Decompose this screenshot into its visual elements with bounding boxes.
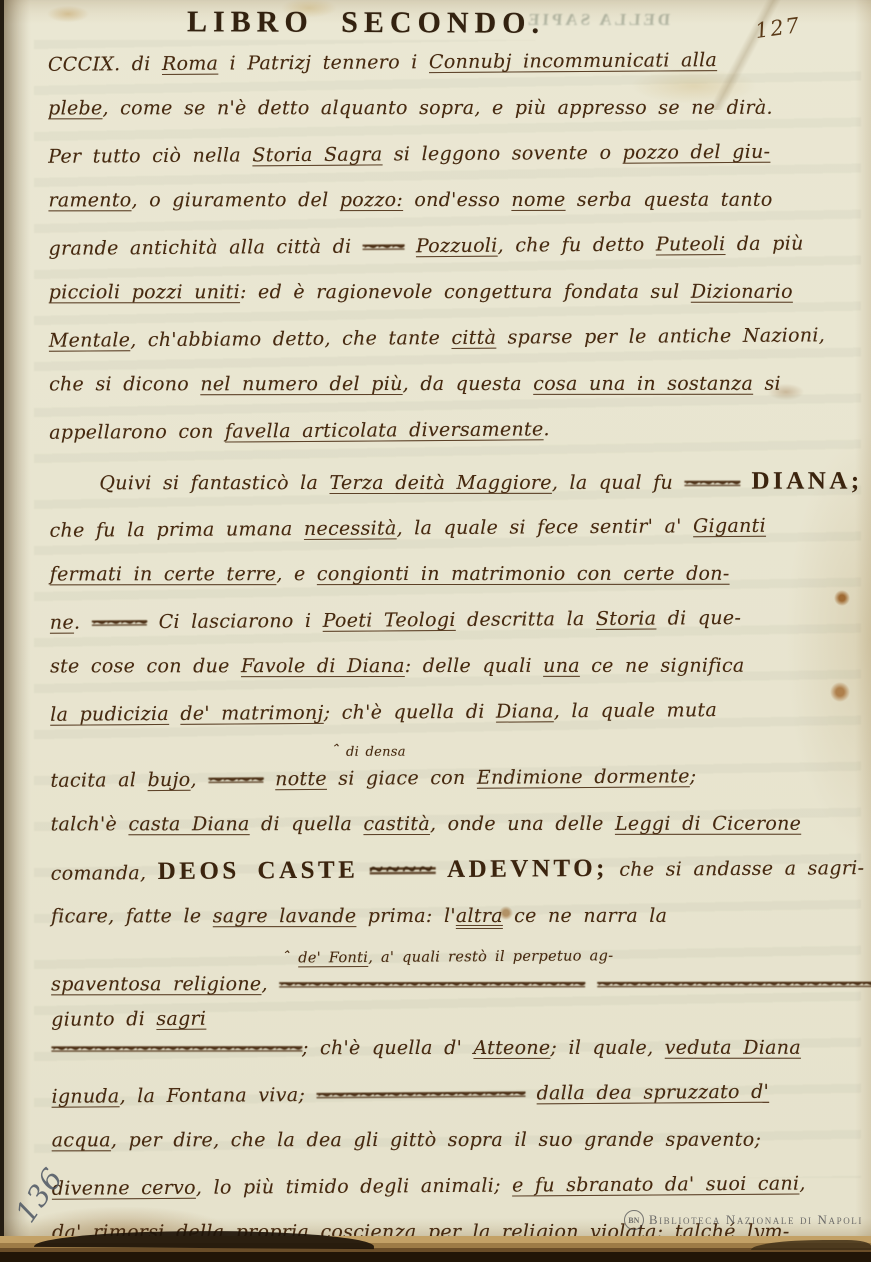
text-segment: di que-	[656, 607, 741, 630]
line-22: giunto di sagri	[51, 1005, 842, 1035]
text-segment: Puteoli	[656, 233, 726, 255]
manuscript-page: DELLA SAPIE LIBRO SECONDO. 127 CCCIX. di…	[4, 0, 871, 1238]
text-segment: descritta la	[456, 608, 596, 631]
text-segment: , ch'abbiamo detto, che tante	[130, 327, 451, 351]
text-segment	[264, 768, 275, 790]
line-10: Quivi si fantasticò la Terza deità Maggi…	[99, 466, 840, 513]
text-segment: da più	[725, 232, 803, 255]
line-18: comanda, DEOS CASTE ~~~~ ADEVNTO; che si…	[51, 851, 842, 903]
text-segment: ignuda	[51, 1085, 119, 1107]
text-segment: fermati in certe terre	[50, 563, 277, 585]
text-segment: CCCIX. di	[48, 53, 162, 76]
text-segment: castità	[363, 813, 430, 835]
text-segment: ,	[190, 769, 208, 791]
text-segment: i Patrizj tennero i	[218, 51, 429, 74]
text-segment: favella articolata diversamente	[225, 418, 544, 442]
text-segment	[585, 973, 596, 995]
text-segment: ⌃	[330, 742, 339, 755]
text-segment: ,	[799, 1172, 805, 1194]
line-09: appellarono con favella articolata diver…	[49, 411, 840, 463]
text-segment: sparse per le antiche Nazioni,	[496, 324, 825, 348]
text-segment: veduta Diana	[665, 1037, 801, 1059]
text-segment: ce ne narra la	[503, 905, 668, 927]
text-segment: divenne cervo	[52, 1177, 196, 1200]
text-segment: : ed è ragionevole congettura fondata su…	[240, 281, 691, 303]
text-segment: DEOS CASTE	[158, 857, 359, 885]
text-segment: ADEVNTO;	[447, 855, 608, 883]
text-segment	[740, 472, 751, 494]
text-segment: sagre lavande	[213, 905, 357, 927]
text-segment: , per dire, che la dea gli gittò sopra i…	[111, 1129, 761, 1152]
text-segment: casta Diana	[128, 813, 249, 835]
text-segment: , lo più timido degli animali;	[196, 1175, 512, 1199]
text-segment: de' matrimonj	[180, 702, 323, 725]
text-segment: pozzo del giu-	[623, 141, 771, 164]
ink-deletion: ~~~~	[92, 611, 148, 633]
text-segment: , la quale muta	[554, 699, 717, 722]
text-segment: , e	[276, 563, 317, 585]
text-segment: ; il quale,	[550, 1037, 664, 1059]
text-segment: , che fu detto	[498, 234, 656, 257]
line-11: che fu la prima umana necessità, la qual…	[49, 509, 840, 561]
line-03: Per tutto ciò nella Storia Sagra si legg…	[48, 135, 839, 187]
line-25: acqua, per dire, che la dea gli gittò so…	[52, 1124, 843, 1171]
text-segment: Giganti	[693, 515, 766, 538]
text-segment: Atteone	[473, 1037, 550, 1059]
line-24: ignuda, la Fontana viva; ~~~~~~~~~~~~~~~…	[51, 1075, 842, 1127]
line-23: ~~~~~~~~~~~~~~~~~~; ch'è quella d' Atteo…	[51, 1032, 842, 1079]
text-segment: Quivi si fantasticò la	[99, 472, 329, 494]
line-19: ficare, fatte le sagre lavande prima: l'…	[51, 900, 842, 947]
line-12: fermati in certe terre, e congionti in m…	[50, 558, 841, 605]
text-segment: ficare, fatte le	[51, 905, 213, 927]
line-06: piccioli pozzi uniti: ed è ragionevole c…	[49, 276, 840, 323]
text-segment: , come se n'è detto alquanto sopra, e pi…	[102, 97, 772, 120]
text-segment: notte	[275, 768, 327, 790]
text-segment: Favole di Diana	[241, 655, 405, 677]
ink-deletion: ~~~~	[208, 768, 264, 790]
text-segment: necessità	[304, 517, 397, 540]
text-segment: ,	[261, 973, 279, 995]
text-segment: Storia	[596, 608, 657, 630]
text-segment	[405, 235, 416, 257]
text-segment: ramento	[48, 189, 131, 211]
ink-deletion: ~~~~~~~~~~~~~~~~~~	[51, 1037, 302, 1059]
line-15: la pudicizia de' matrimonj; ch'è quella …	[50, 693, 841, 745]
text-segment: appellarono con	[49, 421, 225, 444]
ink-deletion: ~~~~	[370, 856, 436, 883]
text-segment: ;	[690, 765, 697, 787]
text-segment	[169, 703, 180, 725]
line-02: plebe, come se n'è detto alquanto sopra,…	[48, 92, 839, 139]
text-segment: Roma	[162, 53, 218, 75]
interline-de-fonti: ⌃ de' Fonti, a' quali restò il perpetuo …	[281, 944, 842, 970]
text-segment: de' Fonti	[298, 950, 368, 966]
text-segment: Endimione dormente	[477, 765, 690, 788]
ink-deletion: ~~~~~~~~~~~~~~~~~~~~~~	[279, 973, 585, 995]
text-segment: che fu la prima umana	[49, 518, 304, 542]
text-segment: prima: l'	[356, 905, 455, 927]
text-segment: ⌃	[281, 948, 290, 961]
text-segment: pozzo:	[340, 189, 403, 211]
text-segment: serba questa tanto	[566, 189, 773, 211]
text-segment: che si andasse a sagri-	[608, 857, 864, 881]
text-segment: Pozzuoli	[416, 235, 498, 258]
text-segment: dalla dea spruzzato d'	[537, 1081, 770, 1105]
text-segment: comanda,	[51, 862, 158, 885]
text-segment: Poeti Teologi	[323, 609, 456, 632]
text-segment: , da questa	[403, 373, 534, 395]
ink-deletion: ~~~	[363, 235, 405, 257]
ink-deletion: ~~~~~~~~~~~~~~~	[316, 1082, 525, 1105]
text-segment: e fu sbranato da' suoi cani	[512, 1173, 799, 1197]
library-stamp-label: Biblioteca Nazionale di Napoli	[649, 1212, 863, 1228]
text-segment: spaventosa religione	[51, 973, 261, 995]
interline-di-densa: ⌃ di densa	[330, 741, 841, 761]
text-segment: bujo	[147, 769, 190, 791]
text-segment: giunto di	[51, 1008, 156, 1031]
text-segment: Terza deità Maggiore	[330, 472, 552, 494]
text-segment: DIANA;	[751, 468, 862, 495]
text-segment	[358, 861, 369, 883]
library-monogram-icon: BN	[624, 1210, 644, 1230]
text-segment: si giace con	[327, 767, 477, 790]
text-segment: città	[451, 327, 496, 349]
line-21: spaventosa religione, ~~~~~~~~~~~~~~~~~~…	[51, 968, 842, 1009]
text-segment: nome	[511, 189, 565, 211]
ink-deletion: ~~~~~~~~~~~~~~~~~~~~~~~~	[597, 973, 871, 995]
text-segment: Ci lasciarono i	[147, 610, 323, 633]
manuscript-lines: CCCIX. di Roma i Patrizj tennero i Connu…	[48, 45, 843, 1262]
text-segment: , la qual fu	[552, 472, 685, 494]
text-segment: talch'è	[51, 813, 129, 835]
text-segment: , onde una delle	[430, 813, 615, 835]
text-segment: di quella	[250, 813, 364, 835]
line-04: ramento, o giuramento del pozzo: ond'ess…	[48, 184, 839, 231]
text-segment: : delle quali	[405, 655, 543, 677]
text-segment: grande antichità alla città di	[48, 236, 362, 260]
text-segment: acqua	[52, 1129, 111, 1151]
line-05: grande antichità alla città di ~~~ Pozzu…	[48, 227, 839, 279]
text-segment: ; ch'è quella di	[324, 701, 497, 724]
text-segment: la pudicizia	[50, 703, 169, 726]
text-segment: nel numero del più	[200, 373, 402, 395]
text-segment: , o giuramento del	[132, 189, 340, 211]
text-segment: Per tutto ciò nella	[48, 144, 252, 167]
text-segment: .	[543, 418, 549, 440]
text-segment: tacita al	[50, 769, 147, 792]
text-segment: di densa	[340, 745, 406, 760]
text-segment: , la Fontana viva;	[119, 1084, 316, 1107]
ink-deletion: ~~~~	[684, 472, 740, 494]
text-segment: una	[543, 655, 580, 677]
text-segment: Leggi di Cicerone	[615, 813, 801, 835]
text-segment: Dizionario	[691, 281, 793, 303]
text-segment: .	[74, 611, 92, 633]
text-segment: sagri	[156, 1008, 206, 1030]
page-title: LIBRO SECONDO.	[187, 5, 545, 41]
line-08: che si dicono nel numero del più, da que…	[49, 368, 840, 415]
text-segment: ; ch'è quella d'	[302, 1037, 474, 1059]
line-13: ne. ~~~~ Ci lasciarono i Poeti Teologi d…	[50, 601, 841, 653]
text-segment: , la quale si fece sentir' a'	[396, 515, 693, 539]
text-segment: che si dicono	[49, 373, 200, 395]
text-segment: cosa una in sostanza	[533, 373, 753, 395]
text-segment: Diana	[496, 700, 554, 722]
text-segment: , a' quali restò il perpetuo ag-	[368, 948, 613, 966]
text-segment: plebe	[48, 97, 102, 119]
text-segment: si leggono sovente o	[382, 142, 622, 166]
manuscript-photo: DELLA SAPIE LIBRO SECONDO. 127 CCCIX. di…	[0, 0, 871, 1262]
library-stamp: BN Biblioteca Nazionale di Napoli	[624, 1210, 863, 1230]
text-segment: Connubj incommunicati alla	[429, 49, 717, 73]
text-segment: si	[753, 373, 781, 395]
text-segment: congionti in matrimonio con certe don-	[317, 563, 730, 585]
text-segment: ne	[50, 612, 74, 634]
text-segment: ste cose con due	[50, 655, 241, 677]
line-14: ste cose con due Favole di Diana: delle …	[50, 650, 841, 697]
text-segment: altra	[456, 905, 503, 927]
text-segment: ce ne significa	[580, 655, 745, 677]
text-segment: Storia Sagra	[252, 143, 382, 166]
text-segment: piccioli pozzi uniti	[49, 281, 240, 303]
text-segment: Mentale	[49, 329, 130, 352]
text-segment	[525, 1082, 536, 1104]
text-segment: ond'esso	[403, 189, 511, 211]
line-16: tacita al bujo, ~~~~ notte si giace con …	[50, 759, 841, 811]
line-07: Mentale, ch'abbiamo detto, che tante cit…	[49, 319, 840, 371]
text-segment	[436, 860, 447, 882]
line-17: talch'è casta Diana di quella castità, o…	[51, 808, 842, 855]
line-01: CCCIX. di Roma i Patrizj tennero i Connu…	[48, 43, 839, 95]
